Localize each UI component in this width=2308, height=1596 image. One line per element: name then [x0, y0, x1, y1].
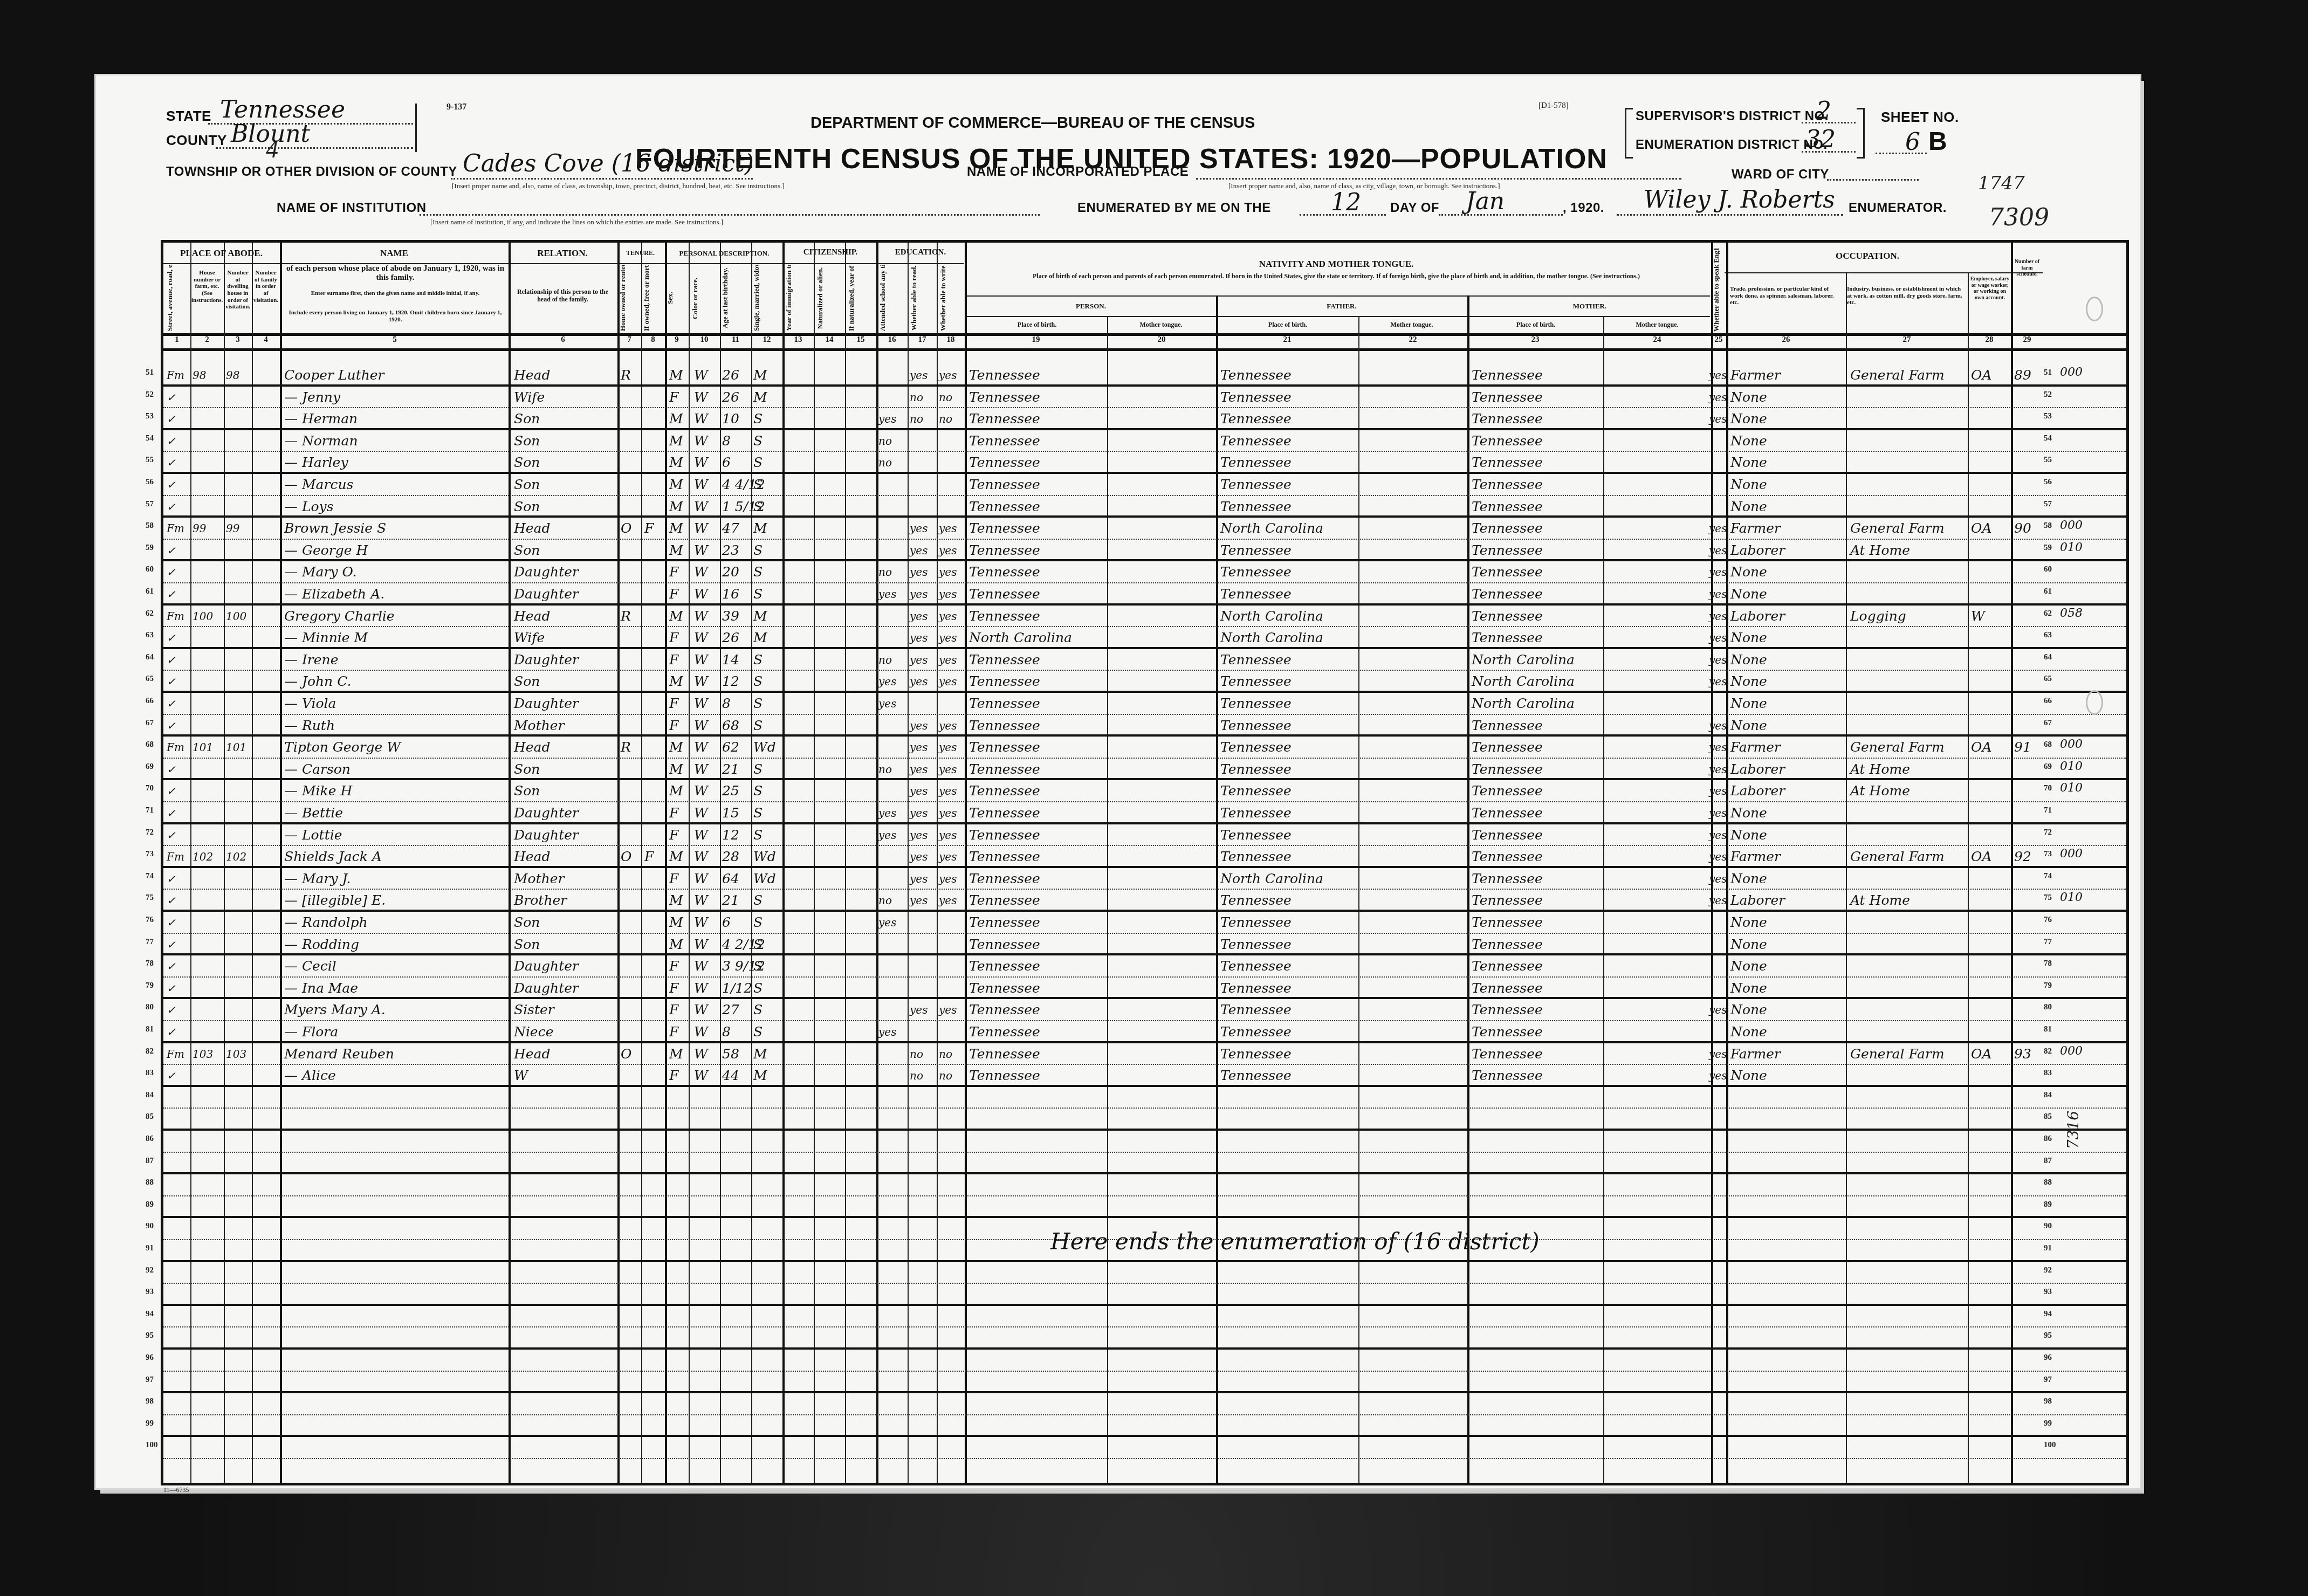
- school-cell: no: [878, 453, 892, 472]
- line-number-left: 72: [146, 828, 154, 837]
- line-number-left: 89: [146, 1200, 154, 1209]
- relation-cell: Head: [514, 1044, 551, 1064]
- house-number-cell: 101: [193, 738, 213, 757]
- line-number-left: 53: [146, 412, 154, 421]
- sex-cell: M: [669, 891, 683, 910]
- race-cell: W: [694, 672, 708, 691]
- occupation-cell: None: [1730, 935, 1767, 954]
- speaks-english-cell: yes: [1709, 869, 1727, 889]
- write-cell: yes: [939, 825, 957, 845]
- father-birthplace-cell: Tennessee: [1220, 388, 1292, 407]
- father-birthplace-cell: Tennessee: [1220, 584, 1292, 604]
- line-number-left: 97: [146, 1375, 154, 1385]
- group-tenure: TENURE.: [617, 249, 663, 257]
- coding-mark: 010: [2060, 779, 2083, 798]
- census-row: ✓— CarsonSonMW21SnoyesyesTennesseeTennes…: [163, 759, 2126, 781]
- sex-cell: F: [669, 979, 678, 998]
- home-owned-cell: O: [621, 1044, 632, 1064]
- line-number: 75: [2044, 893, 2052, 903]
- relation-cell: Daughter: [514, 584, 579, 604]
- street-cell: ✓: [167, 781, 176, 801]
- punch-hole: [2086, 690, 2103, 715]
- line-number: 66: [2044, 697, 2052, 706]
- header-rule: [1725, 272, 2043, 273]
- census-row: ✓— Ina MaeDaughterFW1/12STennesseeTennes…: [163, 978, 2126, 1000]
- write-cell: yes: [939, 541, 957, 560]
- enumeration-label: ENUMERATION DISTRICT NO.: [1636, 137, 1828, 153]
- occupation-cell: None: [1730, 1000, 1767, 1020]
- sex-cell: M: [669, 913, 683, 932]
- enumerator-line: [1617, 214, 1843, 216]
- relation-cell: Wife: [514, 628, 545, 648]
- line-number-left: 88: [146, 1178, 154, 1187]
- home-owned-cell: O: [621, 847, 632, 866]
- read-cell: yes: [910, 672, 928, 691]
- speaks-english-cell: yes: [1709, 716, 1727, 735]
- father-birthplace-cell: North Carolina: [1220, 607, 1323, 626]
- line-number-left: 80: [146, 1003, 154, 1012]
- birthplace-cell: Tennessee: [969, 497, 1040, 517]
- write-cell: yes: [939, 628, 957, 648]
- census-row: ✓— Mary O.DaughterFW20SnoyesyesTennessee…: [163, 561, 2126, 583]
- birthplace-cell: Tennessee: [969, 1066, 1040, 1085]
- blank-census-row: [163, 1153, 2126, 1175]
- write-cell: yes: [939, 891, 957, 910]
- write-cell: no: [939, 1066, 952, 1085]
- census-row: ✓— Mike HSonMW25SyesyesTennesseeTennesse…: [163, 780, 2126, 802]
- line-number-left: 56: [146, 478, 154, 487]
- col-occupation-header: Trade, profession, or particular kind of…: [1730, 286, 1843, 324]
- class-of-worker-cell: OA: [1971, 366, 1992, 385]
- race-cell: W: [694, 803, 708, 823]
- father-birthplace-cell: Tennessee: [1220, 650, 1292, 670]
- group-citizenship: CITIZENSHIP.: [785, 248, 876, 257]
- relation-cell: Daughter: [514, 650, 579, 670]
- occupation-cell: Farmer: [1730, 1044, 1781, 1064]
- sex-cell: M: [669, 431, 683, 451]
- father-birthplace-cell: North Carolina: [1220, 519, 1323, 538]
- race-cell: W: [694, 584, 708, 604]
- race-cell: W: [694, 1022, 708, 1042]
- name-cell: — Mary O.: [284, 562, 356, 582]
- school-cell: no: [878, 650, 892, 670]
- census-row: ✓— LoysSonMW1 5/12STennesseeTennesseeTen…: [163, 496, 2126, 518]
- header-rule: [966, 295, 1710, 297]
- occupation-cell: None: [1730, 628, 1767, 648]
- speaks-english-cell: yes: [1709, 847, 1727, 866]
- race-cell: W: [694, 891, 708, 910]
- col-name-note1: Enter surname first, then the given name…: [285, 290, 506, 306]
- race-cell: W: [694, 366, 708, 385]
- birthplace-cell: Tennessee: [969, 607, 1040, 626]
- enumerated-day: 12: [1331, 189, 1361, 216]
- birthplace-cell: Tennessee: [969, 475, 1040, 494]
- read-cell: yes: [910, 781, 928, 801]
- farm-schedule-cell: 90: [2014, 519, 2031, 538]
- birthplace-cell: Tennessee: [969, 584, 1040, 604]
- age-cell: 16: [722, 584, 739, 604]
- col-english-header: Whether able to speak English.: [1712, 248, 1725, 332]
- name-cell: Myers Mary A.: [284, 1000, 386, 1020]
- read-cell: yes: [910, 847, 928, 866]
- name-cell: Cooper Luther: [284, 366, 384, 385]
- father-birthplace-cell: Tennessee: [1220, 672, 1292, 691]
- line-number-left: 87: [146, 1157, 154, 1166]
- line-number: 99: [2044, 1419, 2052, 1428]
- birthplace-cell: Tennessee: [969, 1000, 1040, 1020]
- line-number-left: 51: [146, 368, 154, 377]
- bottom-form-code: 11—6735: [163, 1486, 189, 1494]
- line-number: 86: [2044, 1134, 2052, 1144]
- sheet-value: 6: [1905, 128, 1920, 156]
- mother-birthplace-cell: Tennessee: [1472, 475, 1543, 494]
- age-cell: 15: [722, 803, 739, 823]
- write-cell: yes: [939, 869, 957, 889]
- relation-cell: Son: [514, 453, 540, 472]
- race-cell: W: [694, 781, 708, 801]
- census-row: ✓— RandolphSonMW6SyesTennesseeTennesseeT…: [163, 912, 2126, 934]
- read-cell: yes: [910, 760, 928, 779]
- occupation-cell: Farmer: [1730, 847, 1781, 866]
- sex-cell: F: [669, 957, 678, 976]
- census-row: ✓— NormanSonMW8SnoTennesseeTennesseeTenn…: [163, 430, 2126, 452]
- sex-cell: F: [669, 825, 678, 845]
- relation-cell: Head: [514, 738, 551, 757]
- age-cell: 39: [722, 607, 739, 626]
- speaks-english-cell: yes: [1709, 628, 1727, 648]
- marital-status-cell: S: [753, 760, 763, 779]
- occupation-cell: None: [1730, 979, 1767, 998]
- age-cell: 1/12: [722, 979, 752, 998]
- age-cell: 26: [722, 388, 739, 407]
- line-number-left: 90: [146, 1222, 154, 1231]
- mother-birthplace-cell: Tennessee: [1472, 760, 1543, 779]
- col-immigration-header: Year of immigration to the United States…: [785, 265, 814, 331]
- farm-schedule-cell: 92: [2014, 847, 2031, 866]
- line-number: 92: [2044, 1266, 2052, 1275]
- year-label: , 1920.: [1563, 201, 1604, 216]
- colnum: 16: [876, 335, 908, 348]
- marital-status-cell: M: [753, 366, 767, 385]
- speaks-english-cell: yes: [1709, 781, 1727, 801]
- occupation-cell: None: [1730, 475, 1767, 494]
- age-cell: 27: [722, 1000, 739, 1020]
- mother-birthplace-cell: Tennessee: [1472, 803, 1543, 823]
- marital-status-cell: S: [753, 913, 763, 932]
- line-number-left: 71: [146, 806, 154, 815]
- group-relation: RELATION.: [509, 248, 616, 259]
- occupation-cell: None: [1730, 584, 1767, 604]
- marital-status-cell: S: [753, 781, 763, 801]
- relation-cell: Son: [514, 672, 540, 691]
- age-cell: 21: [722, 760, 739, 779]
- col-race-header: Color or race.: [691, 265, 718, 331]
- age-cell: 12: [722, 672, 739, 691]
- line-number: 100: [2044, 1441, 2056, 1450]
- mother-birthplace-cell: Tennessee: [1472, 431, 1543, 451]
- race-cell: W: [694, 1044, 708, 1064]
- occupation-cell: None: [1730, 694, 1767, 713]
- age-cell: 14: [722, 650, 739, 670]
- home-owned-cell: R: [621, 607, 631, 626]
- relation-cell: Daughter: [514, 979, 579, 998]
- enumeration-value: 32: [1805, 126, 1836, 153]
- col-read-header: Whether able to read.: [910, 265, 937, 331]
- township-value: Cades Cove (16 district): [463, 150, 754, 177]
- age-cell: 44: [722, 1066, 739, 1085]
- mother-birthplace-cell: Tennessee: [1472, 1000, 1543, 1020]
- occupation-cell: Farmer: [1730, 738, 1781, 757]
- age-cell: 20: [722, 562, 739, 582]
- census-row: Fm9999Brown Jessie SHeadOFMW47MyesyesTen…: [163, 518, 2126, 540]
- occupation-cell: None: [1730, 825, 1767, 845]
- read-cell: yes: [910, 562, 928, 582]
- group-occupation: OCCUPATION.: [1727, 251, 2008, 262]
- father-birthplace-cell: North Carolina: [1220, 628, 1323, 648]
- age-cell: 10: [722, 409, 739, 429]
- person-mother-tongue: Mother tongue.: [1107, 321, 1215, 329]
- father-birthplace-cell: Tennessee: [1220, 847, 1292, 866]
- sex-cell: F: [669, 716, 678, 735]
- coding-mark: 010: [2060, 757, 2083, 776]
- sex-cell: F: [669, 628, 678, 648]
- coding-mark: 000: [2060, 735, 2083, 754]
- sex-cell: M: [669, 738, 683, 757]
- read-cell: no: [910, 1066, 923, 1085]
- write-cell: no: [939, 388, 952, 407]
- race-cell: W: [694, 541, 708, 560]
- name-cell: — Irene: [284, 650, 338, 670]
- write-cell: no: [939, 1044, 952, 1064]
- marital-status-cell: M: [753, 607, 767, 626]
- mother-birthplace-cell: Tennessee: [1472, 716, 1543, 735]
- line-number-left: 74: [146, 872, 154, 881]
- col-marital-header: Single, married, widowed, or divorced.: [752, 265, 781, 331]
- col-farm-header: Number of farm schedule.: [2012, 259, 2042, 313]
- school-cell: yes: [878, 825, 896, 845]
- sex-cell: F: [669, 650, 678, 670]
- speaks-english-cell: yes: [1709, 1044, 1727, 1064]
- birthplace-cell: Tennessee: [969, 847, 1040, 866]
- line-number: 61: [2044, 587, 2052, 596]
- relation-cell: Wife: [514, 388, 545, 407]
- relation-cell: W: [514, 1066, 528, 1085]
- school-cell: yes: [878, 803, 896, 823]
- class-of-worker-cell: W: [1971, 607, 1985, 626]
- birthplace-cell: Tennessee: [969, 562, 1040, 582]
- blank-census-row: [163, 1437, 2126, 1459]
- line-number: 55: [2044, 456, 2052, 465]
- ward-label: WARD OF CITY: [1732, 167, 1829, 182]
- colnum: 2: [190, 335, 224, 348]
- age-cell: 23: [722, 541, 739, 560]
- age-cell: 58: [722, 1044, 739, 1064]
- line-number: 98: [2044, 1397, 2052, 1406]
- sheet-header: STATE Tennessee COUNTY Blount 9-137 DEPA…: [96, 75, 2140, 248]
- colnum: 26: [1726, 335, 1846, 348]
- birthplace-cell: Tennessee: [969, 431, 1040, 451]
- line-number: 72: [2044, 828, 2052, 837]
- ward-line: [1827, 179, 1919, 181]
- line-number: 73: [2044, 850, 2052, 859]
- name-cell: Shields Jack A: [284, 847, 382, 866]
- street-cell: Fm: [167, 519, 184, 538]
- street-cell: ✓: [167, 979, 176, 998]
- race-cell: W: [694, 409, 708, 429]
- street-cell: ✓: [167, 628, 176, 648]
- line-number: 52: [2044, 390, 2052, 400]
- institution-instruction: [Insert name of institution, if any, and…: [430, 218, 723, 226]
- marital-status-cell: M: [753, 1066, 767, 1085]
- mother-birthplace-cell: Tennessee: [1472, 409, 1543, 429]
- father-birthplace-cell: Tennessee: [1220, 1022, 1292, 1042]
- sex-cell: M: [669, 409, 683, 429]
- mother-birthplace-cell: Tennessee: [1472, 541, 1543, 560]
- occupation-cell: None: [1730, 672, 1767, 691]
- line-number-left: 62: [146, 609, 154, 618]
- house-number-cell: 98: [193, 366, 206, 385]
- farm-schedule-cell: 93: [2014, 1044, 2031, 1064]
- nativity-person: PERSON.: [967, 302, 1215, 311]
- street-cell: ✓: [167, 541, 176, 560]
- col-dwelling-header: Number of dwelling house in order of vis…: [225, 270, 251, 332]
- read-cell: no: [910, 409, 923, 429]
- incorporated-line: [1196, 178, 1681, 180]
- race-cell: W: [694, 519, 708, 538]
- occupation-cell: None: [1730, 562, 1767, 582]
- relation-cell: Son: [514, 497, 540, 517]
- occupation-cell: None: [1730, 716, 1767, 735]
- line-number: 67: [2044, 719, 2052, 728]
- age-cell: 21: [722, 891, 739, 910]
- occupation-cell: None: [1730, 913, 1767, 932]
- coding-mark: 010: [2060, 888, 2083, 907]
- name-cell: — [illegible] E.: [284, 891, 386, 910]
- street-cell: ✓: [167, 935, 176, 954]
- line-number: 78: [2044, 959, 2052, 968]
- state-label: STATE: [166, 108, 211, 125]
- mother-birthplace-cell: Tennessee: [1472, 847, 1543, 866]
- blank-census-row: [163, 1327, 2126, 1350]
- speaks-english-cell: yes: [1709, 891, 1727, 910]
- sex-cell: M: [669, 672, 683, 691]
- line-number-left: 64: [146, 653, 154, 662]
- line-number-left: 86: [146, 1134, 154, 1144]
- marital-status-cell: M: [753, 628, 767, 648]
- colnum: 14: [814, 335, 845, 348]
- write-cell: yes: [939, 607, 957, 626]
- sex-cell: F: [669, 1066, 678, 1085]
- marital-status-cell: S: [753, 891, 763, 910]
- col-school-header: Attended school any time since Sept. 1, …: [878, 265, 908, 331]
- header-rule: [966, 316, 1710, 317]
- dwelling-number-cell: 98: [226, 366, 239, 385]
- line-number-left: 54: [146, 434, 154, 443]
- colnum: 11: [720, 335, 751, 348]
- race-cell: W: [694, 497, 708, 517]
- occupation-cell: None: [1730, 650, 1767, 670]
- line-number: 95: [2044, 1331, 2052, 1340]
- mother-birthplace-cell: Tennessee: [1472, 957, 1543, 976]
- father-birthplace-cell: Tennessee: [1220, 716, 1292, 735]
- marital-status-cell: S: [753, 584, 763, 604]
- line-number-left: 82: [146, 1047, 154, 1056]
- county-value: Blount: [231, 120, 310, 148]
- street-cell: ✓: [167, 562, 176, 582]
- census-row: ✓— George HSonMW23SyesyesTennesseeTennes…: [163, 540, 2126, 562]
- line-number-left: 65: [146, 675, 154, 684]
- county-label: COUNTY: [166, 132, 227, 149]
- speaks-english-cell: yes: [1709, 562, 1727, 582]
- colnum: 1: [163, 335, 190, 348]
- street-cell: ✓: [167, 869, 176, 889]
- speaks-english-cell: yes: [1709, 672, 1727, 691]
- relation-cell: Daughter: [514, 803, 579, 823]
- dwelling-number-cell: 100: [226, 607, 246, 626]
- line-number: 62: [2044, 609, 2052, 618]
- industry-cell: At Home: [1850, 781, 1910, 801]
- relation-cell: Daughter: [514, 825, 579, 845]
- occupation-cell: None: [1730, 803, 1767, 823]
- name-cell: — Norman: [284, 431, 358, 451]
- father-birthplace-cell: Tennessee: [1220, 497, 1292, 517]
- race-cell: W: [694, 694, 708, 713]
- sex-cell: M: [669, 935, 683, 954]
- race-cell: W: [694, 475, 708, 494]
- father-birthplace-cell: Tennessee: [1220, 694, 1292, 713]
- name-cell: — Cecil: [284, 957, 336, 976]
- header-rule: [163, 348, 2126, 351]
- occupation-cell: None: [1730, 497, 1767, 517]
- line-number-left: 95: [146, 1331, 154, 1340]
- marital-status-cell: S: [753, 716, 763, 735]
- line-number-left: 79: [146, 981, 154, 990]
- industry-cell: General Farm: [1850, 847, 1945, 866]
- street-cell: Fm: [167, 366, 184, 385]
- sex-cell: F: [669, 388, 678, 407]
- stamp-top: 1747: [1978, 173, 2025, 194]
- institution-label: NAME OF INSTITUTION: [277, 201, 426, 216]
- father-birthplace-cell: Tennessee: [1220, 409, 1292, 429]
- sex-cell: F: [669, 869, 678, 889]
- school-cell: yes: [878, 694, 896, 713]
- mother-birthplace-cell: Tennessee: [1472, 388, 1543, 407]
- township-label: TOWNSHIP OR OTHER DIVISION OF COUNTY: [166, 164, 457, 180]
- write-cell: yes: [939, 738, 957, 757]
- name-cell: — Jenny: [284, 388, 340, 407]
- day-of-label: DAY OF: [1390, 201, 1439, 216]
- colnum: 10: [689, 335, 720, 348]
- colnum: 4: [252, 335, 280, 348]
- line-number: 81: [2044, 1025, 2052, 1034]
- race-cell: W: [694, 716, 708, 735]
- marital-status-cell: S: [753, 409, 763, 429]
- age-cell: 64: [722, 869, 739, 889]
- speaks-english-cell: yes: [1709, 388, 1727, 407]
- name-cell: — Ina Mae: [284, 979, 358, 998]
- birthplace-cell: Tennessee: [969, 453, 1040, 472]
- birthplace-cell: Tennessee: [969, 519, 1040, 538]
- birthplace-cell: Tennessee: [969, 388, 1040, 407]
- blank-census-row: [163, 1196, 2126, 1219]
- street-cell: ✓: [167, 694, 176, 713]
- line-number: 91: [2044, 1244, 2052, 1253]
- age-cell: 25: [722, 781, 739, 801]
- read-cell: yes: [910, 366, 928, 385]
- nativity-father: FATHER.: [1218, 302, 1466, 311]
- house-number-cell: 102: [193, 847, 213, 866]
- enumerator-label: ENUMERATOR.: [1849, 201, 1947, 216]
